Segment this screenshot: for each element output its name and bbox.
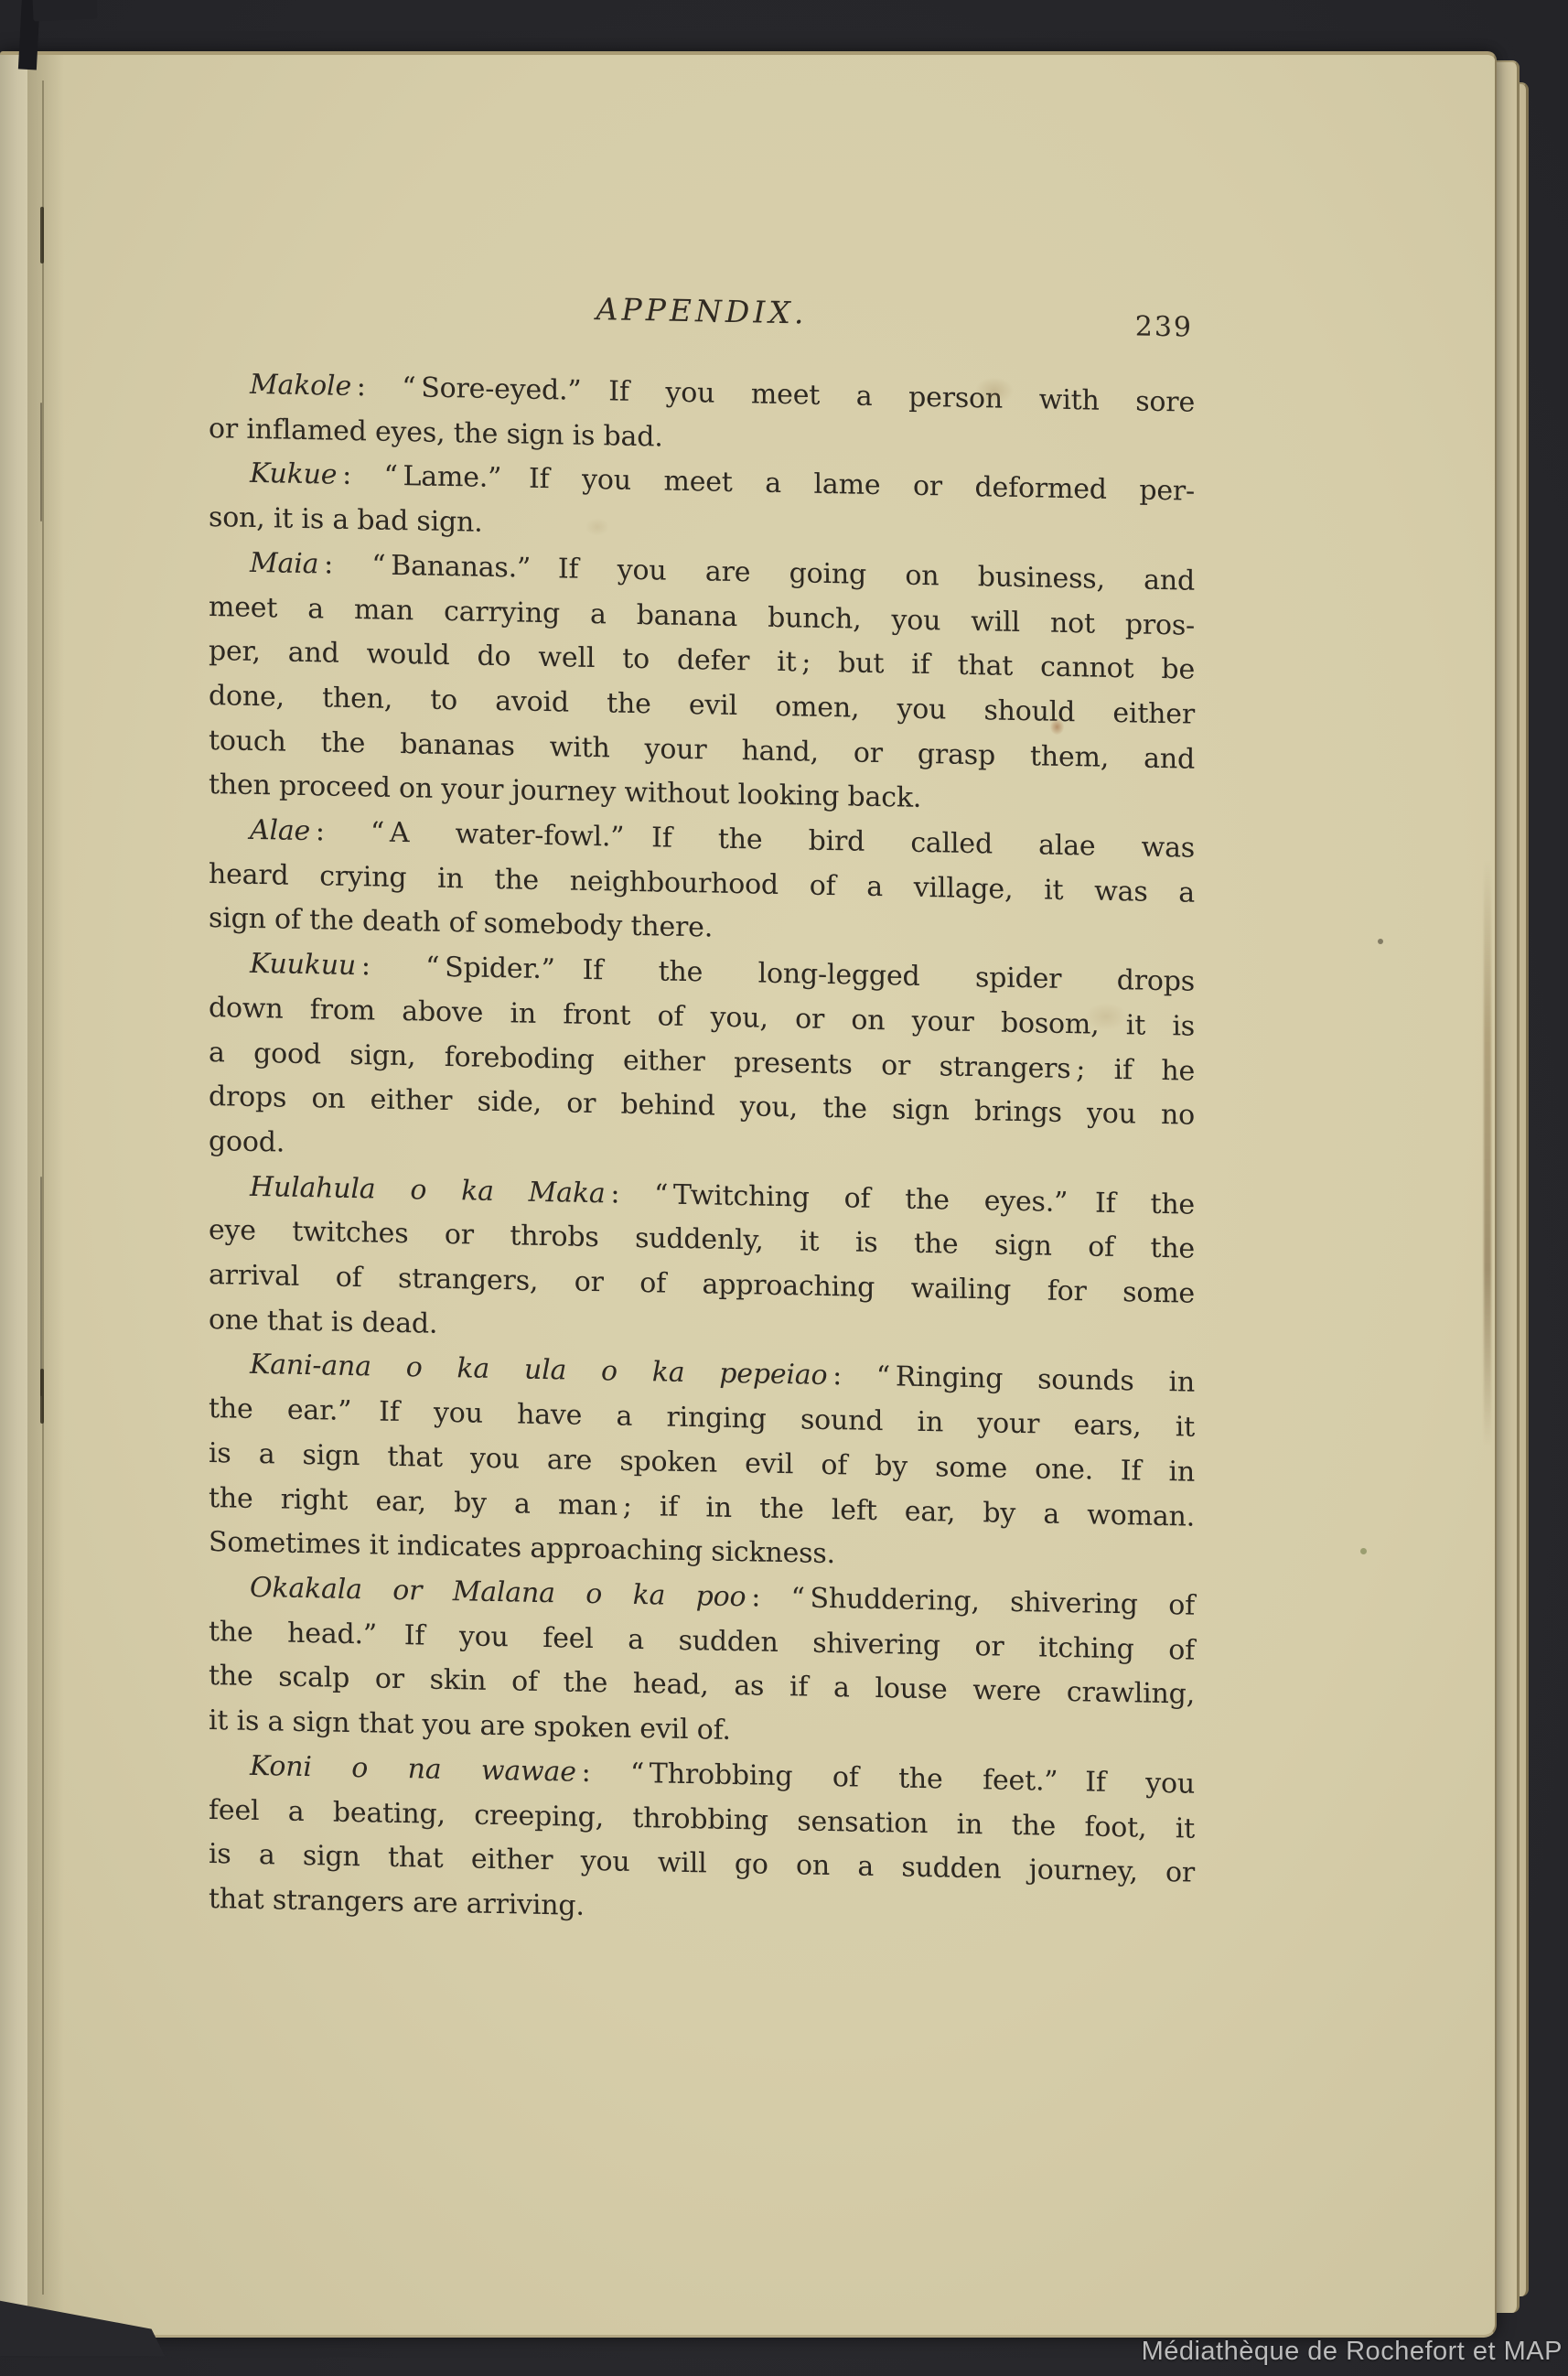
hawaiian-term: Hulahula o ka Maka [250,1171,606,1210]
torn-edge-notch [32,0,97,22]
page-edge-stain [1484,860,1491,1446]
library-watermark: Médiathèque de Rochefort et MAP [1142,2337,1563,2367]
paper-stain [1050,719,1064,735]
gutter-shadow [27,55,64,2335]
scan-background: APPENDIX. 239 Makole : “ Sore-eyed.” If … [0,0,1568,2376]
hawaiian-term: Kani-ana o ka ula o ka pepeiao [250,1349,827,1392]
binding-stitch [40,1177,42,1396]
hawaiian-term: Makole [250,369,351,403]
paper-stain [585,518,609,536]
hawaiian-term: Alae [250,814,310,847]
hawaiian-term: Okakala or Malana o ka poo [250,1572,746,1613]
paper-speck [1378,939,1383,944]
paper-stain [1085,1003,1127,1030]
book-page: APPENDIX. 239 Makole : “ Sore-eyed.” If … [0,51,1497,2338]
book-gutter [0,55,27,2335]
paper-speck [1360,1548,1367,1554]
hawaiian-term: Maia [250,547,318,580]
running-head: APPENDIX. [209,284,1195,339]
hawaiian-term: Koni o na wawae [250,1750,576,1789]
binding-stitch [40,1369,44,1424]
body-text: Makole : “ Sore-eyed.” If you meet a per… [209,362,1195,1941]
hawaiian-term: Kukue [250,457,337,491]
gutter-crease [42,81,44,2295]
hawaiian-term: Kuukuu [250,948,356,982]
page-number: 239 [1135,310,1193,343]
paper-stain [975,377,1014,404]
binding-stitch [40,207,44,263]
page-text-area: APPENDIX. 239 Makole : “ Sore-eyed.” If … [209,278,1195,1941]
binding-stitch [40,403,42,521]
